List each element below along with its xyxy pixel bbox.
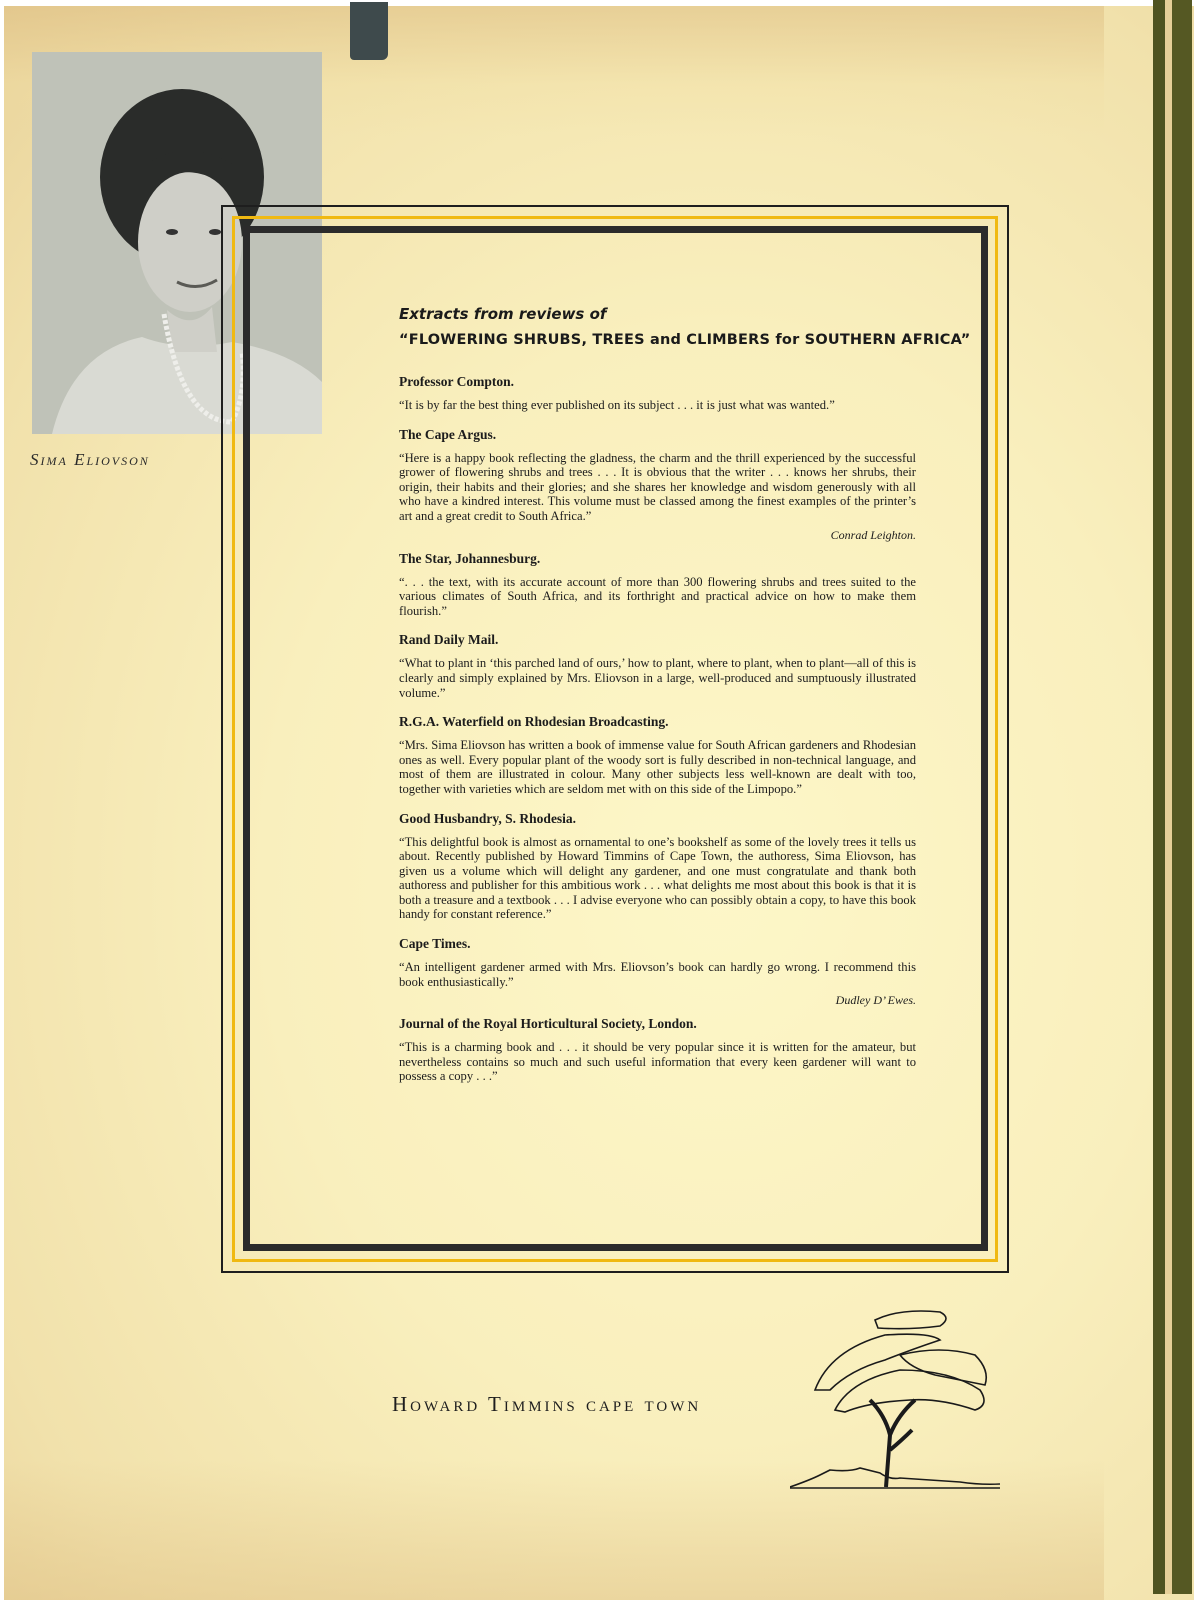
review-quote: “It is by far the best thing ever publis… — [399, 398, 916, 413]
book-title: “FLOWERING SHRUBS, TREES and CLIMBERS fo… — [399, 332, 916, 348]
spine-stripe — [1172, 0, 1192, 1594]
review-source: Professor Compton. — [399, 374, 916, 390]
review-source: Rand Daily Mail. — [399, 632, 916, 648]
tape-patch — [350, 2, 388, 60]
reviews-heading: Extracts from reviews of — [399, 305, 916, 323]
review-source: The Cape Argus. — [399, 427, 916, 443]
review-quote: “This is a charming book and . . . it sh… — [399, 1040, 916, 1084]
review-item: The Star, Johannesburg. “. . . the text,… — [399, 551, 916, 619]
review-author: Conrad Leighton. — [399, 528, 916, 543]
review-source: Good Husbandry, S. Rhodesia. — [399, 811, 916, 827]
spine-gap — [1165, 0, 1172, 1594]
review-source: The Star, Johannesburg. — [399, 551, 916, 567]
review-item: Cape Times. “An intelligent gardener arm… — [399, 936, 916, 1008]
review-item: Professor Compton. “It is by far the bes… — [399, 374, 916, 413]
spine-stripe — [1153, 0, 1165, 1594]
review-item: Rand Daily Mail. “What to plant in ‘this… — [399, 632, 916, 700]
publisher-imprint: Howard Timmins cape town — [392, 1392, 701, 1417]
review-quote: “. . . the text, with its accurate accou… — [399, 575, 916, 619]
author-caption: Sima Eliovson — [30, 450, 220, 470]
review-quote: “Mrs. Sima Eliovson has written a book o… — [399, 738, 916, 796]
review-quote: “What to plant in ‘this parched land of … — [399, 656, 916, 700]
review-quote: “Here is a happy book reflecting the gla… — [399, 451, 916, 524]
review-item: R.G.A. Waterfield on Rhodesian Broadcast… — [399, 714, 916, 796]
review-item: Good Husbandry, S. Rhodesia. “This delig… — [399, 811, 916, 923]
review-quote: “This delightful book is almost as ornam… — [399, 835, 916, 923]
review-author: Dudley D’ Ewes. — [399, 993, 916, 1008]
review-quote: “An intelligent gardener armed with Mrs.… — [399, 960, 916, 989]
review-item: The Cape Argus. “Here is a happy book re… — [399, 427, 916, 543]
review-item: Journal of the Royal Horticultural Socie… — [399, 1016, 916, 1084]
acacia-tree-icon — [790, 1290, 1000, 1500]
reviews-panel: Extracts from reviews of “FLOWERING SHRU… — [399, 305, 916, 1098]
review-source: R.G.A. Waterfield on Rhodesian Broadcast… — [399, 714, 916, 730]
review-source: Journal of the Royal Horticultural Socie… — [399, 1016, 916, 1032]
review-source: Cape Times. — [399, 936, 916, 952]
